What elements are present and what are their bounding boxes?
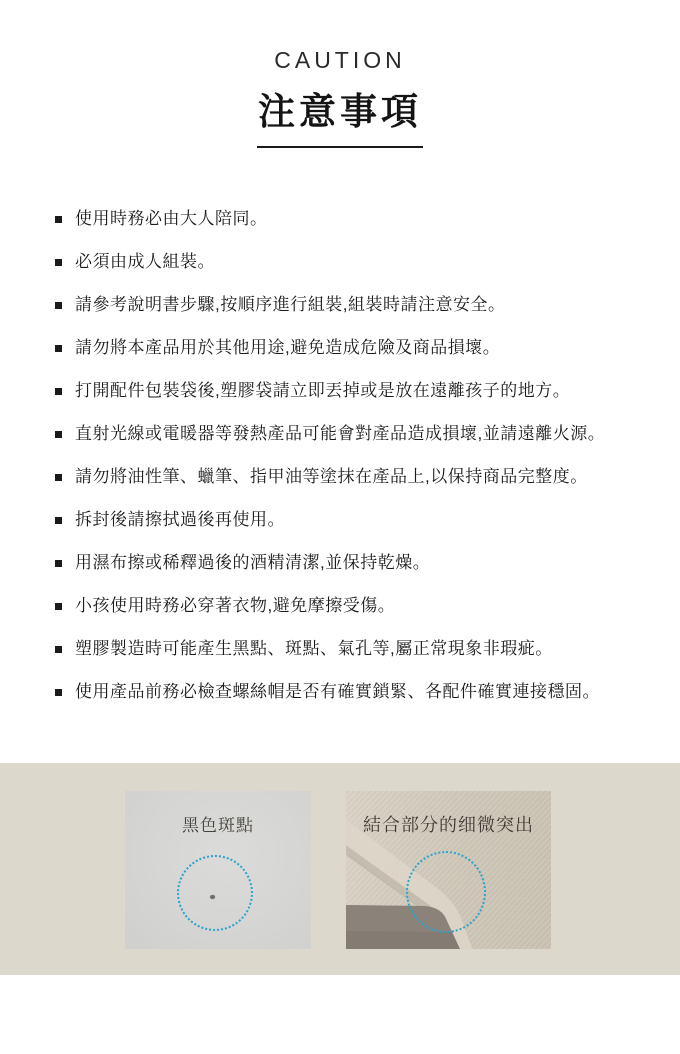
square-bullet-icon	[55, 216, 62, 223]
caution-item: 小孩使用時務必穿著衣物,避免摩擦受傷。	[55, 597, 680, 615]
square-bullet-icon	[55, 517, 62, 524]
caution-header: CAUTION 注意事項	[0, 0, 680, 148]
square-bullet-icon	[55, 646, 62, 653]
title-underline	[257, 146, 423, 148]
eyebrow-caution-text: CAUTION	[0, 47, 680, 74]
square-bullet-icon	[55, 388, 62, 395]
caution-item: 打開配件包裝袋後,塑膠袋請立即丟掉或是放在遠離孩子的地方。	[55, 382, 680, 400]
defect-examples-section: 黑色斑點 結合部分的细微突出	[0, 763, 680, 975]
caution-item: 拆封後請擦拭過後再使用。	[55, 511, 680, 529]
caution-text: 用濕布擦或稀釋過後的酒精清潔,並保持乾燥。	[75, 554, 430, 572]
caution-text: 請參考說明書步驟,按順序進行組裝,組裝時請注意安全。	[75, 296, 505, 314]
caution-text: 請勿將油性筆、蠟筆、指甲油等塗抹在產品上,以保持商品完整度。	[75, 468, 588, 486]
caution-text: 直射光線或電暖器等發熱產品可能會對產品造成損壞,並請遠離火源。	[75, 425, 605, 443]
caution-item: 請勿將本產品用於其他用途,避免造成危險及商品損壞。	[55, 339, 680, 357]
caution-text: 必須由成人組裝。	[75, 253, 215, 271]
square-bullet-icon	[55, 345, 62, 352]
caution-item: 請參考說明書步驟,按順序進行組裝,組裝時請注意安全。	[55, 296, 680, 314]
square-bullet-icon	[55, 259, 62, 266]
square-bullet-icon	[55, 560, 62, 567]
caution-text: 使用產品前務必檢查螺絲帽是否有確實鎖緊、各配件確實連接穩固。	[75, 683, 600, 701]
caution-item: 使用產品前務必檢查螺絲帽是否有確實鎖緊、各配件確實連接穩固。	[55, 683, 680, 701]
page-title: 注意事項	[0, 81, 680, 135]
caution-text: 小孩使用時務必穿著衣物,避免摩擦受傷。	[75, 597, 395, 615]
caution-item: 必須由成人組裝。	[55, 253, 680, 271]
highlight-circle-icon	[406, 851, 486, 933]
caution-list: 使用時務必由大人陪同。 必須由成人組裝。 請參考說明書步驟,按順序進行組裝,組裝…	[55, 210, 680, 701]
caution-text: 請勿將本產品用於其他用途,避免造成危險及商品損壞。	[75, 339, 500, 357]
caution-item: 塑膠製造時可能產生黑點、斑點、氣孔等,屬正常現象非瑕疵。	[55, 640, 680, 658]
caution-text: 拆封後請擦拭過後再使用。	[75, 511, 285, 529]
caution-text: 塑膠製造時可能產生黑點、斑點、氣孔等,屬正常現象非瑕疵。	[75, 640, 553, 658]
square-bullet-icon	[55, 689, 62, 696]
square-bullet-icon	[55, 431, 62, 438]
caution-text: 使用時務必由大人陪同。	[75, 210, 268, 228]
highlight-circle-icon	[177, 855, 253, 931]
caution-item: 請勿將油性筆、蠟筆、指甲油等塗抹在產品上,以保持商品完整度。	[55, 468, 680, 486]
defect-photo-black-spot: 黑色斑點	[125, 791, 311, 949]
square-bullet-icon	[55, 474, 62, 481]
defect-label-joint-protrusion: 結合部分的细微突出	[346, 791, 551, 837]
defect-label-black-spot: 黑色斑點	[125, 791, 311, 836]
caution-item: 使用時務必由大人陪同。	[55, 210, 680, 228]
caution-page: CAUTION 注意事項 使用時務必由大人陪同。 必須由成人組裝。 請參考說明書…	[0, 0, 680, 1054]
defect-photo-joint-protrusion: 結合部分的细微突出	[346, 791, 551, 949]
caution-item: 直射光線或電暖器等發熱產品可能會對產品造成損壞,並請遠離火源。	[55, 425, 680, 443]
caution-item: 用濕布擦或稀釋過後的酒精清潔,並保持乾燥。	[55, 554, 680, 572]
caution-text: 打開配件包裝袋後,塑膠袋請立即丟掉或是放在遠離孩子的地方。	[75, 382, 570, 400]
square-bullet-icon	[55, 302, 62, 309]
square-bullet-icon	[55, 603, 62, 610]
